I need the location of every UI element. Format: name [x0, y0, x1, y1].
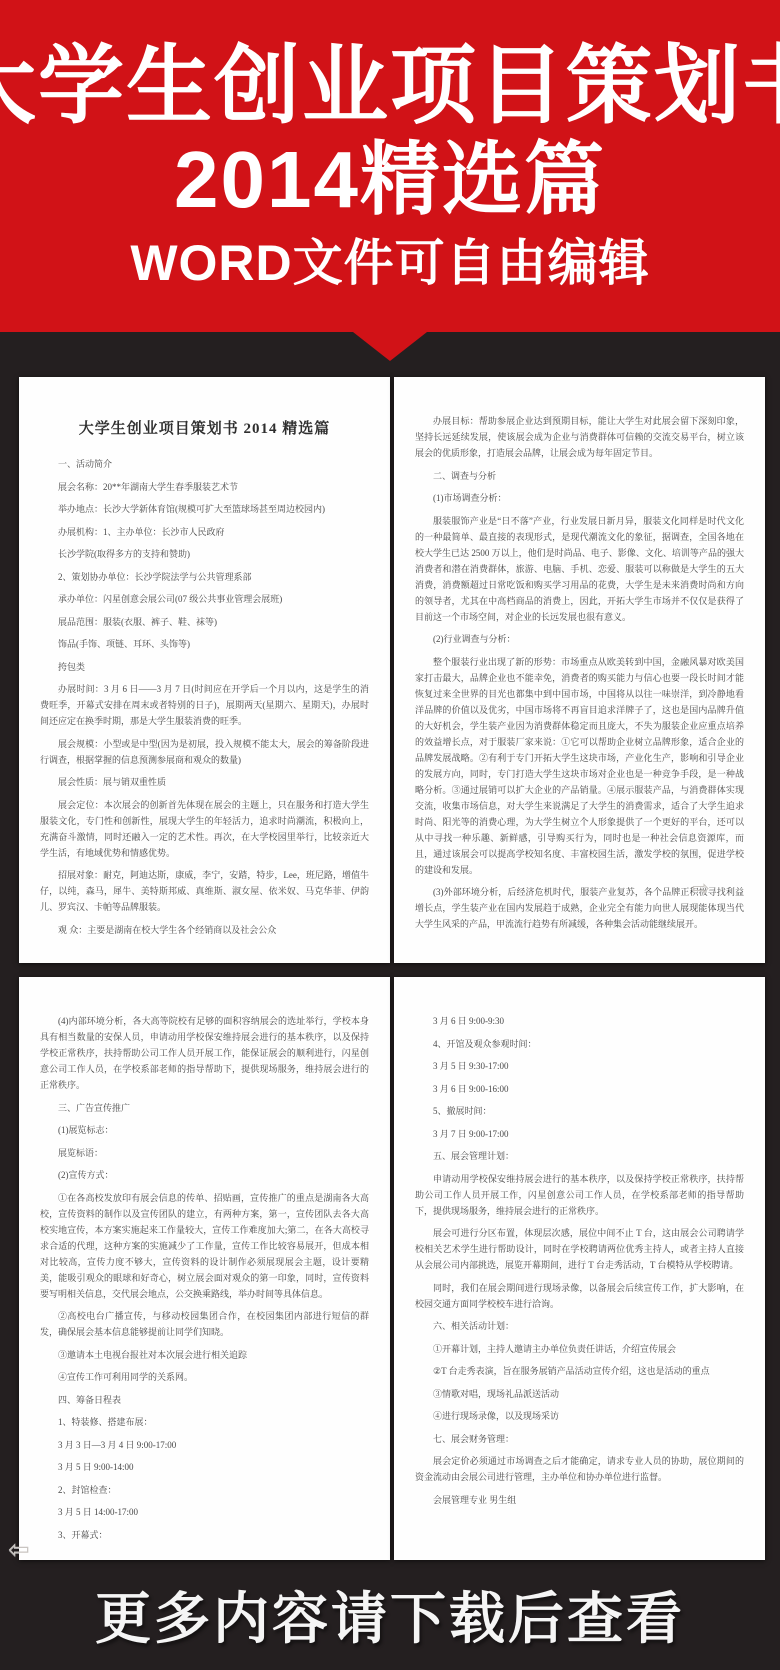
paragraph: 二、调查与分析 [415, 468, 744, 484]
banner-editable-note: WORD文件可自由编辑 [130, 236, 649, 291]
paragraph: 展会规模：小型或是中型(因为是初展，投入规模不能太大，展会的筹备阶段进行调查，根… [40, 736, 369, 768]
paragraph: 展会定价必须通过市场调查之后才能确定，请求专业人员的协助，展位期间的资金流动由会… [415, 1453, 744, 1485]
paragraph: ①开幕计划，主持人邀请主办单位负责任讲话，介绍宣传展会 [415, 1341, 744, 1357]
paragraph: 2、策划协办单位：长沙学院法学与公共管理系部 [40, 569, 369, 585]
paragraph: 3、开幕式： [40, 1527, 369, 1543]
banner-notch-triangle [353, 332, 427, 361]
document-page-4: 3 月 6 日 9:00-9:304、开馆及观众参观时间：3 月 5 日 9:3… [394, 977, 765, 1560]
page-flip-prev-icon[interactable]: ⇦ [8, 1536, 30, 1562]
paragraph: ②高校电台广播宣传，与移动校园集团合作，在校园集团内部进行短信的群发，确保展会基… [40, 1308, 369, 1340]
paragraph: 六、相关活动计划： [415, 1318, 744, 1334]
paragraph: 四、筹备日程表 [40, 1392, 369, 1408]
paragraph: 5、撤展时间： [415, 1103, 744, 1119]
paragraph: ④宣传工作可利用同学的关系网。 [40, 1369, 369, 1385]
paragraph: (4)内部环境分析，各大高等院校有足够的面积容纳展会的选址举行，学校本身具有相当… [40, 1013, 369, 1093]
paragraph: 3 月 7 日 9:00-17:00 [415, 1126, 744, 1142]
paragraph: 五、展会管理计划： [415, 1148, 744, 1164]
paragraph: 展会定位：本次展会的创新首先体现在展会的主题上，只在服务和打造大学生服装文化，专… [40, 797, 369, 861]
paragraph: ③邀请本土电视台报社对本次展会进行相关追踪 [40, 1347, 369, 1363]
paragraph: 招展对象：耐克，阿迪达斯，康威，李宁，安踏，特步，Lee，班尼路，增值牛仔，以纯… [40, 867, 369, 915]
paragraph: (1)市场调查分析： [415, 490, 744, 506]
paragraph: 同时，我们在展会期间进行现场录像，以备展会后续宣传工作，扩大影响，在校园交通方面… [415, 1280, 744, 1312]
paragraph: ①在各高校发放印有展会信息的传单、招贴画，宣传推广的重点是湖南各大高校，宣传资料… [40, 1190, 369, 1302]
footer-text: 更多内容请下载后查看 [95, 1575, 685, 1655]
paragraph: 饰品(手饰、项链、耳环、头饰等) [40, 636, 369, 652]
paragraph: 举办地点：长沙大学新体育馆(规模可扩大至篮球场甚至周边校园内) [40, 501, 369, 517]
paragraph: 2、封馆检查： [40, 1482, 369, 1498]
paragraph: 3 月 5 日 9:30-17:00 [415, 1058, 744, 1074]
banner-year-line: 2014精选篇 [174, 138, 606, 222]
paragraph: 4、开馆及观众参观时间： [415, 1036, 744, 1052]
paragraph: 挎包类 [40, 659, 369, 675]
paragraph: ③情歌对唱，现场礼品派送活动 [415, 1386, 744, 1402]
banner-title: 大学生创业项目策划书 [0, 41, 780, 131]
promo-image: 大学生创业项目策划书 2014精选篇 WORD文件可自由编辑 大学生创业项目策划… [0, 0, 780, 1670]
paragraph: 办展机构：1、主办单位：长沙市人民政府 [40, 524, 369, 540]
paragraph: 1、特装修、搭建布展： [40, 1414, 369, 1430]
paragraph: (2)宣传方式： [40, 1167, 369, 1183]
paragraph: 展览标语： [40, 1145, 369, 1161]
footer: 更多内容请下载后查看 [0, 1560, 780, 1670]
document-page-3: (4)内部环境分析，各大高等院校有足够的面积容纳展会的选址举行，学校本身具有相当… [19, 977, 390, 1560]
page-3-body: (4)内部环境分析，各大高等院校有足够的面积容纳展会的选址举行，学校本身具有相当… [40, 1013, 369, 1543]
paragraph: ②T 台走秀表演，旨在服务展销产品活动宣传介绍，这也是活动的重点 [415, 1363, 744, 1379]
document-page-2: 办展目标：帮助参展企业达到预期目标，能让大学生对此展会留下深刻印象，坚持长远延续… [394, 377, 765, 963]
paragraph: 一、活动简介 [40, 456, 369, 472]
paragraph: 展会名称：20**年湖南大学生春季服装艺术节 [40, 479, 369, 495]
paragraph: 会展管理专业 男生组 [415, 1492, 744, 1508]
paragraph: 七、展会财务管理： [415, 1431, 744, 1447]
paragraph: 三、广告宣传推广 [40, 1100, 369, 1116]
paragraph: 办展目标：帮助参展企业达到预期目标，能让大学生对此展会留下深刻印象，坚持长远延续… [415, 413, 744, 461]
paragraph: 3 月 6 日 9:00-16:00 [415, 1081, 744, 1097]
paragraph: 观 众：主要是湖南在校大学生各个经销商以及社会公众 [40, 922, 369, 938]
paragraph: 3 月 6 日 9:00-9:30 [415, 1013, 744, 1029]
paragraph: 3 月 5 日 9:00-14:00 [40, 1459, 369, 1475]
paragraph: 3 月 5 日 14:00-17:00 [40, 1504, 369, 1520]
paragraph: 整个服装行业出现了新的形势：市场重点从欧美转到中国，金融风暴对欧美国家打击最大，… [415, 654, 744, 878]
page-2-body: 办展目标：帮助参展企业达到预期目标，能让大学生对此展会留下深刻印象，坚持长远延续… [415, 413, 744, 932]
banner: 大学生创业项目策划书 2014精选篇 WORD文件可自由编辑 [0, 0, 780, 332]
paragraph: 服装服饰产业是“日不落”产业，行业发展日新月异，服装文化同样是时代文化的一种最简… [415, 513, 744, 625]
paragraph: 承办单位：闪星创意会展公司(07 级公共事业管理会展班) [40, 591, 369, 607]
paragraph: 3 月 3 日—3 月 4 日 9:00-17:00 [40, 1437, 369, 1453]
paragraph: 长沙学院(取得多方的支持和赞助) [40, 546, 369, 562]
paragraph: (2)行业调查与分析： [415, 631, 744, 647]
paragraph: ④进行现场录像，以及现场采访 [415, 1408, 744, 1424]
paragraph: 展会可进行分区布置，体现层次感，展位中间不止 T 台，这由展会公司聘请学校相关艺… [415, 1225, 744, 1273]
document-title: 大学生创业项目策划书 2014 精选篇 [40, 419, 369, 440]
paragraph: 展品范围：服装(衣服、裤子、鞋、袜等) [40, 614, 369, 630]
paragraph: (1)展览标志： [40, 1122, 369, 1138]
paragraph: 办展时间：3 月 6 日——3 月 7 日(时间应在开学后一个月以内，这是学生的… [40, 681, 369, 729]
page-1-body: 一、活动简介展会名称：20**年湖南大学生春季服装艺术节举办地点：长沙大学新体育… [40, 456, 369, 938]
document-page-1: 大学生创业项目策划书 2014 精选篇 一、活动简介展会名称：20**年湖南大学… [19, 377, 390, 963]
page-4-body: 3 月 6 日 9:00-9:304、开馆及观众参观时间：3 月 5 日 9:3… [415, 1013, 744, 1508]
paragraph: 申请动用学校保安维持展会进行的基本秩序，以及保持学校正常秩序，扶持帮助公司工作人… [415, 1171, 744, 1219]
page-flip-next-icon[interactable]: ⇨ [692, 878, 710, 899]
paragraph: 展会性质：展与销双重性质 [40, 774, 369, 790]
